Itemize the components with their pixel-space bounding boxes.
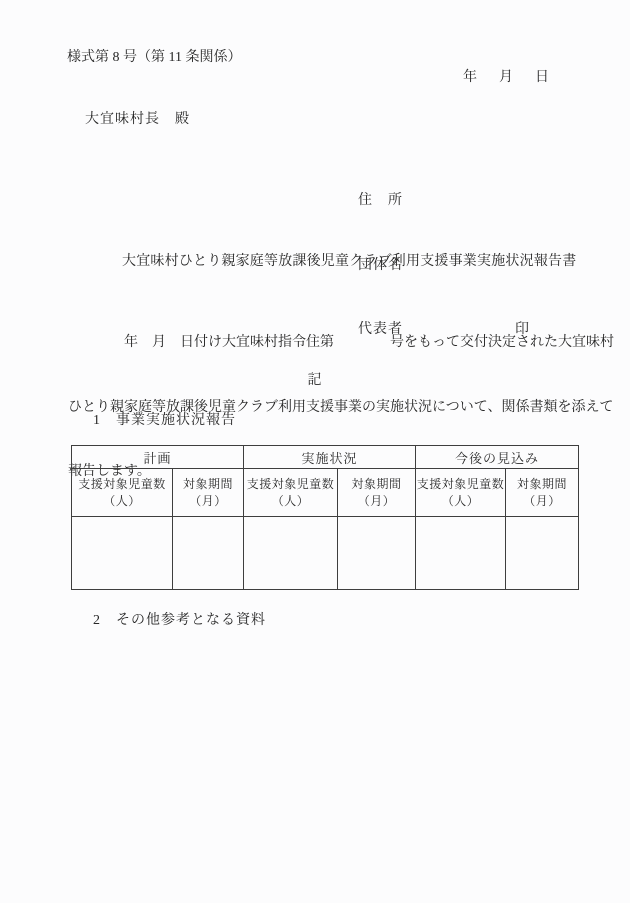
- form-number: 様式第 8 号（第 11 条関係）: [67, 46, 241, 66]
- date-line: 年 月 日: [463, 66, 549, 86]
- table-sub-header-row: 支援対象児童数（人） 対象期間（月） 支援対象児童数（人） 対象期間（月） 支援…: [72, 469, 579, 517]
- group-header-outlook: 今後の見込み: [416, 446, 579, 469]
- empty-entry-cell: [416, 517, 506, 590]
- empty-entry-cell: [72, 517, 173, 590]
- address-label: 住 所: [358, 190, 530, 212]
- group-header-implementation: 実施状況: [244, 446, 416, 469]
- col-header-children-count: 支援対象児童数（人）: [72, 469, 173, 517]
- col-header-target-period: 対象期間（月）: [338, 469, 416, 517]
- empty-entry-cell: [506, 517, 579, 590]
- table-entry-row: [72, 517, 579, 590]
- empty-entry-cell: [244, 517, 338, 590]
- document-title: 大宜味村ひとり親家庭等放課後児童クラブ利用支援事業実施状況報告書: [122, 250, 576, 270]
- col-header-target-period: 対象期間（月）: [173, 469, 244, 517]
- month-label: 月: [499, 66, 513, 86]
- col-header-children-count: 支援対象児童数（人）: [244, 469, 338, 517]
- document-page: 様式第 8 号（第 11 条関係） 年 月 日 大宜味村長 殿 住 所 団体名 …: [0, 0, 630, 903]
- empty-entry-cell: [338, 517, 416, 590]
- group-header-plan: 計画: [72, 446, 244, 469]
- table-group-header-row: 計画 実施状況 今後の見込み: [72, 446, 579, 469]
- status-report-table: 計画 実施状況 今後の見込み 支援対象児童数（人） 対象期間（月） 支援対象児童…: [71, 445, 579, 590]
- addressee: 大宜味村長 殿: [85, 108, 190, 128]
- year-label: 年: [463, 66, 477, 86]
- body-line: 年 月 日付け大宜味村指令住第 号をもって交付決定された大宜味村: [68, 332, 582, 354]
- day-label: 日: [535, 66, 549, 86]
- section-1-heading: 1 事業実施状況報告: [93, 409, 236, 429]
- col-header-children-count: 支援対象児童数（人）: [416, 469, 506, 517]
- empty-entry-cell: [173, 517, 244, 590]
- ki-marker: 記: [0, 369, 630, 389]
- section-2-heading: 2 その他参考となる資料: [93, 609, 266, 629]
- col-header-target-period: 対象期間（月）: [506, 469, 579, 517]
